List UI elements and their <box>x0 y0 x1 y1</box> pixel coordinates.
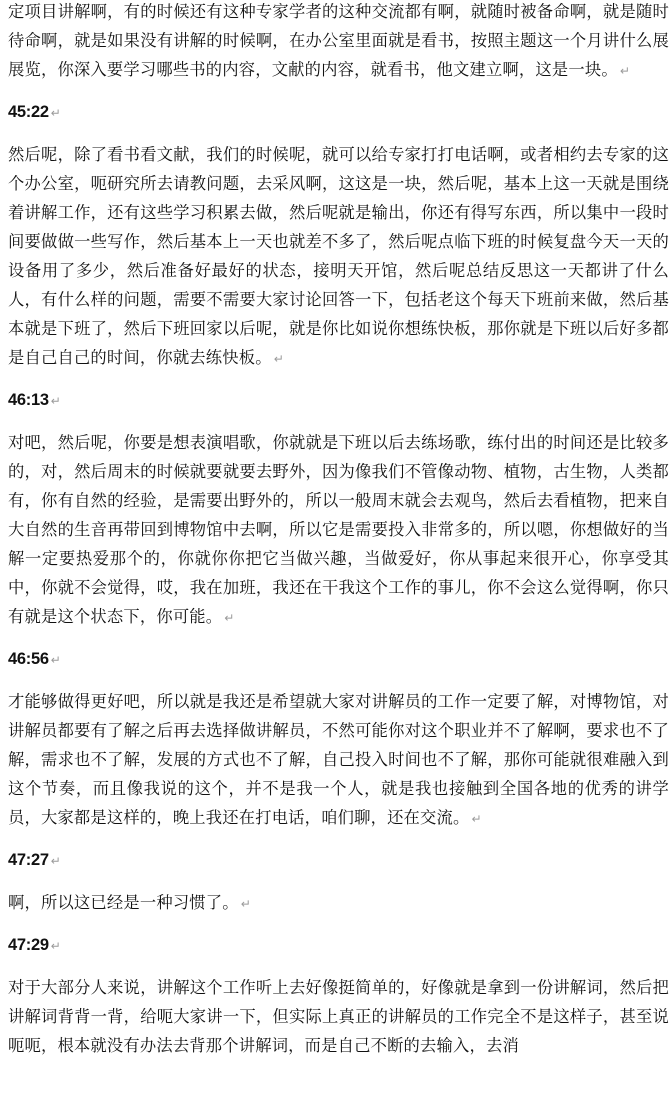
timestamp-text: 45:22 <box>8 103 49 121</box>
timestamp: 47:27↵ <box>8 846 669 876</box>
document-body: 定项目讲解啊，有的时候还有这种专家学者的这种交流都有啊，就随时被备命啊，就是随时… <box>8 0 669 1060</box>
return-mark-icon: ↵ <box>471 812 481 826</box>
timestamp-text: 46:56 <box>8 650 49 668</box>
transcript-paragraph: 对吧，然后呢，你要是想表演唱歌，你就就是下班以后去练场歌，练付出的时间还是比较多… <box>8 428 669 633</box>
transcript-paragraph: 对于大部分人来说，讲解这个工作听上去好像挺简单的，好像就是拿到一份讲解词，然后把… <box>8 973 669 1060</box>
return-mark-icon: ↵ <box>51 653 61 667</box>
paragraph-text: 然后呢，除了看书看文献，我们的时候呢，就可以给专家打打电话啊，或者相约去专家的这… <box>8 145 669 367</box>
return-mark-icon: ↵ <box>51 939 61 953</box>
return-mark-icon: ↵ <box>224 611 234 625</box>
paragraph-text: 才能够做得更好吧，所以就是我还是希望就大家对讲解员的工作一定要了解，对博物馆，对… <box>8 692 669 827</box>
transcript-paragraph: 定项目讲解啊，有的时候还有这种专家学者的这种交流都有啊，就随时被备命啊，就是随时… <box>8 0 669 86</box>
transcript-paragraph: 啊，所以这已经是一种习惯了。↵ <box>8 888 669 919</box>
return-mark-icon: ↵ <box>51 106 61 120</box>
timestamp-text: 47:27 <box>8 851 49 869</box>
paragraph-text: 啊，所以这已经是一种习惯了。 <box>8 893 239 912</box>
timestamp-text: 46:13 <box>8 391 49 409</box>
timestamp: 47:29↵ <box>8 931 669 961</box>
paragraph-text: 对吧，然后呢，你要是想表演唱歌，你就就是下班以后去练场歌，练付出的时间还是比较多… <box>8 433 669 626</box>
paragraph-text: 定项目讲解啊，有的时候还有这种专家学者的这种交流都有啊，就随时被备命啊，就是随时… <box>8 2 669 79</box>
timestamp: 45:22↵ <box>8 98 669 128</box>
return-mark-icon: ↵ <box>620 64 630 78</box>
transcript-paragraph: 才能够做得更好吧，所以就是我还是希望就大家对讲解员的工作一定要了解，对博物馆，对… <box>8 687 669 834</box>
timestamp: 46:56↵ <box>8 645 669 675</box>
return-mark-icon: ↵ <box>241 897 251 911</box>
timestamp-text: 47:29 <box>8 936 49 954</box>
return-mark-icon: ↵ <box>51 394 61 408</box>
transcript-paragraph: 然后呢，除了看书看文献，我们的时候呢，就可以给专家打打电话啊，或者相约去专家的这… <box>8 140 669 374</box>
paragraph-text: 对于大部分人来说，讲解这个工作听上去好像挺简单的，好像就是拿到一份讲解词，然后把… <box>8 978 669 1055</box>
timestamp: 46:13↵ <box>8 386 669 416</box>
return-mark-icon: ↵ <box>51 854 61 868</box>
return-mark-icon: ↵ <box>274 352 284 366</box>
